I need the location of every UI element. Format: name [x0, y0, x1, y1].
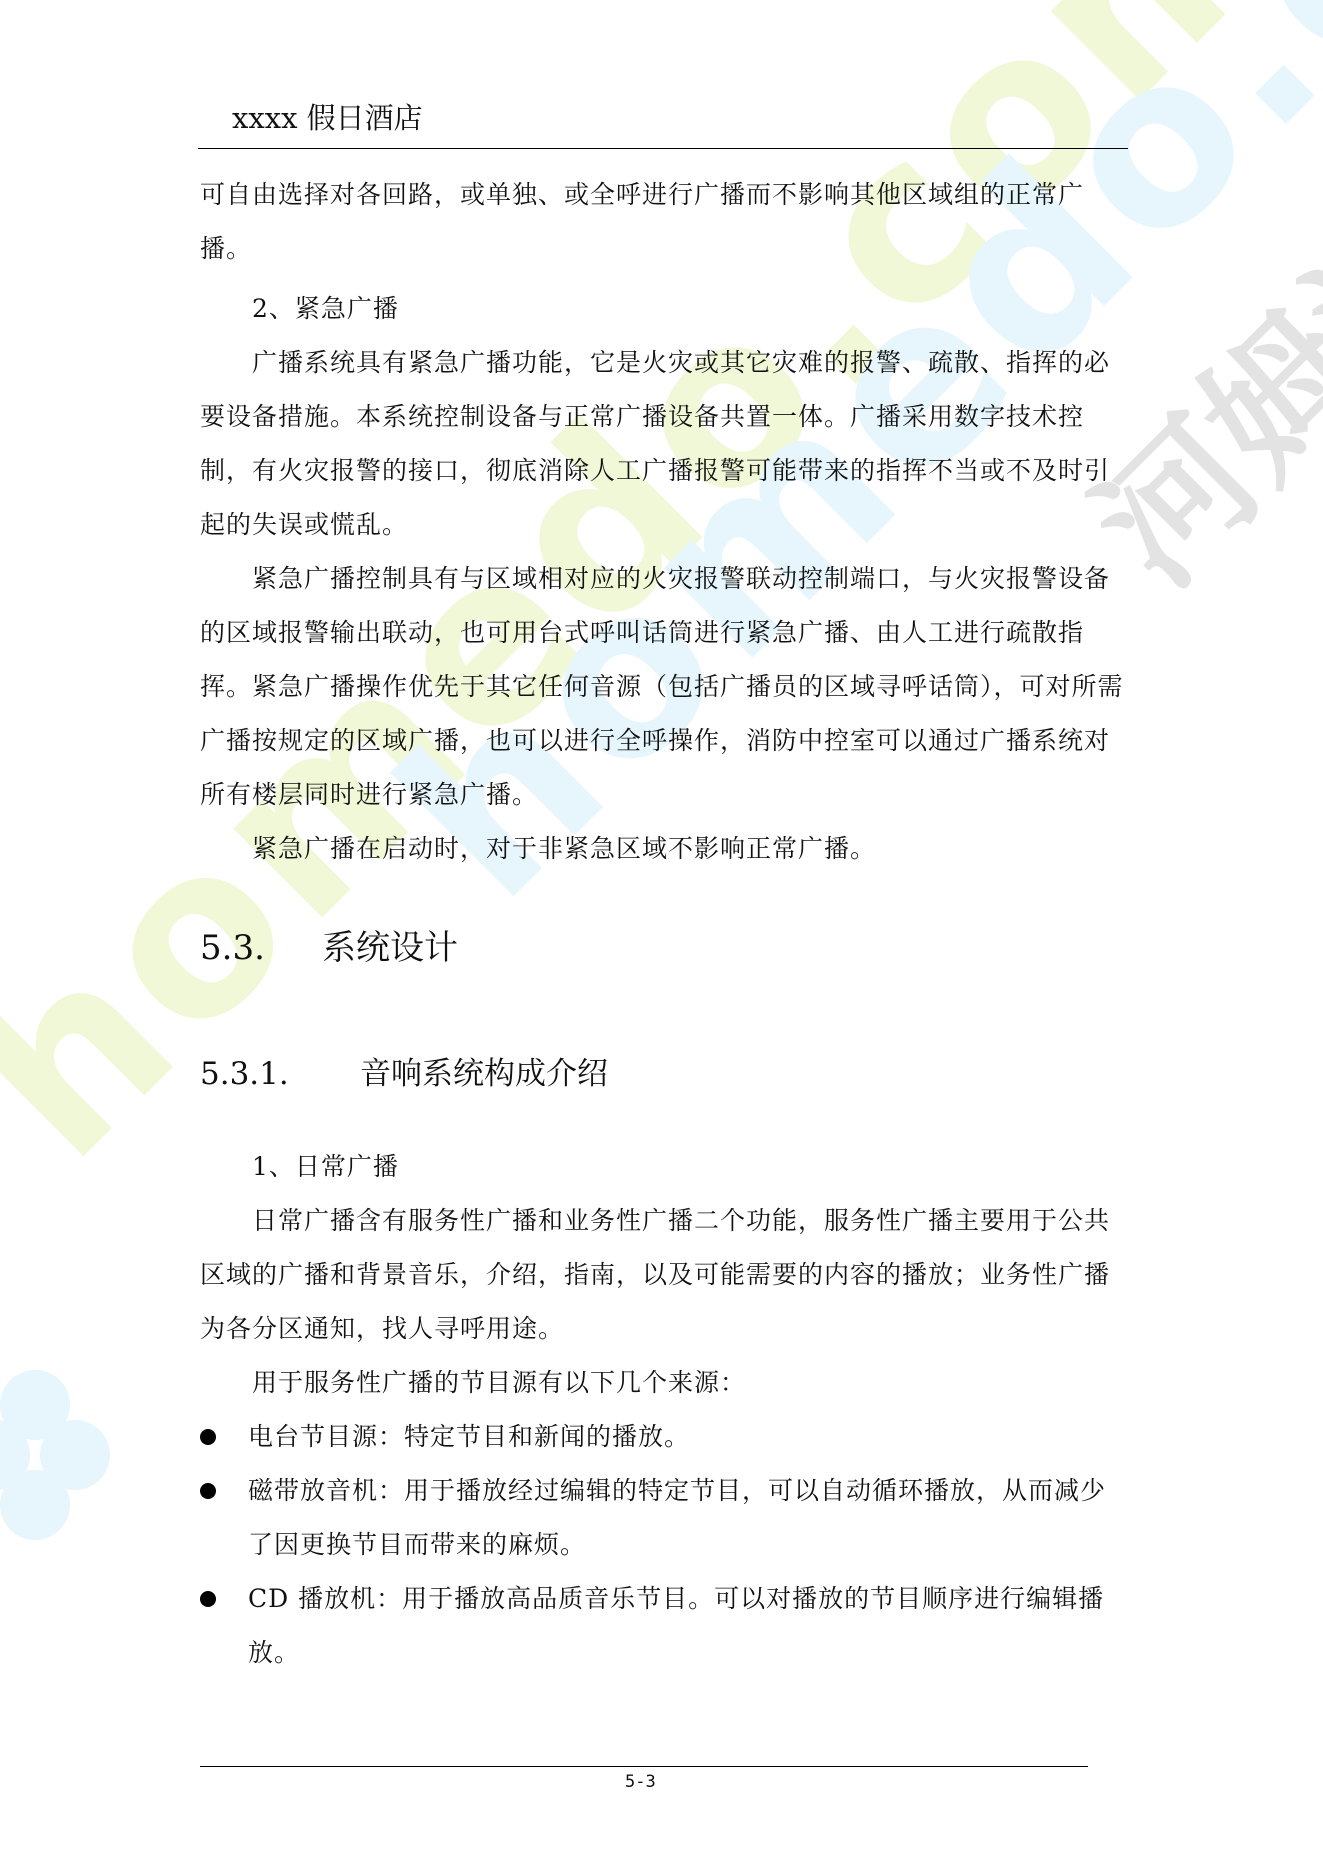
footer-divider — [200, 1766, 1088, 1767]
bullet-icon — [200, 1591, 216, 1607]
item-title-emergency: 2、紧急广播 — [200, 282, 1125, 336]
section-number: 5.3. — [200, 928, 322, 968]
paragraph-emergency-2: 紧急广播控制具有与区域相对应的火灾报警联动控制端口，与火灾报警设备的区域报警输出… — [200, 552, 1125, 822]
subsection-number: 5.3.1. — [200, 1056, 360, 1092]
item-title-daily: 1、日常广播 — [200, 1140, 1125, 1194]
heading-section-5-3: 5.3.系统设计 — [200, 920, 458, 969]
document-page: xxxx 假日酒店 可自由选择对各回路，或单独、或全呼进行广播而不影响其他区域组… — [0, 0, 1323, 1871]
list-item: CD 播放机：用于播放高品质音乐节目。可以对播放的节目顺序进行编辑播放。 — [200, 1572, 1125, 1680]
bullet-icon — [200, 1429, 216, 1445]
list-item: 磁带放音机：用于播放经过编辑的特定节目，可以自动循环播放，从而减少了因更换节目而… — [200, 1464, 1125, 1572]
header-divider — [198, 148, 1128, 149]
bullet-icon — [200, 1483, 216, 1499]
heading-section-5-3-1: 5.3.1.音响系统构成介绍 — [200, 1048, 608, 1093]
paragraph-daily-1: 日常广播含有服务性广播和业务性广播二个功能，服务性广播主要用于公共区域的广播和背… — [200, 1194, 1125, 1356]
paragraph-daily-2: 用于服务性广播的节目源有以下几个来源： — [200, 1356, 1125, 1410]
page-header-title: xxxx 假日酒店 — [232, 96, 423, 137]
section-title: 系统设计 — [322, 928, 458, 968]
subsection-title: 音响系统构成介绍 — [360, 1056, 608, 1092]
page-number: 5-3 — [625, 1772, 656, 1792]
paragraph-continuation: 可自由选择对各回路，或单独、或全呼进行广播而不影响其他区域组的正常广播。 — [200, 168, 1125, 276]
paragraph-emergency-3: 紧急广播在启动时，对于非紧急区域不影响正常广播。 — [200, 822, 1125, 876]
paragraph-emergency-1: 广播系统具有紧急广播功能，它是火灾或其它灾难的报警、疏散、指挥的必要设备措施。本… — [200, 336, 1125, 552]
list-item: 电台节目源：特定节目和新闻的播放。 — [200, 1410, 1125, 1464]
